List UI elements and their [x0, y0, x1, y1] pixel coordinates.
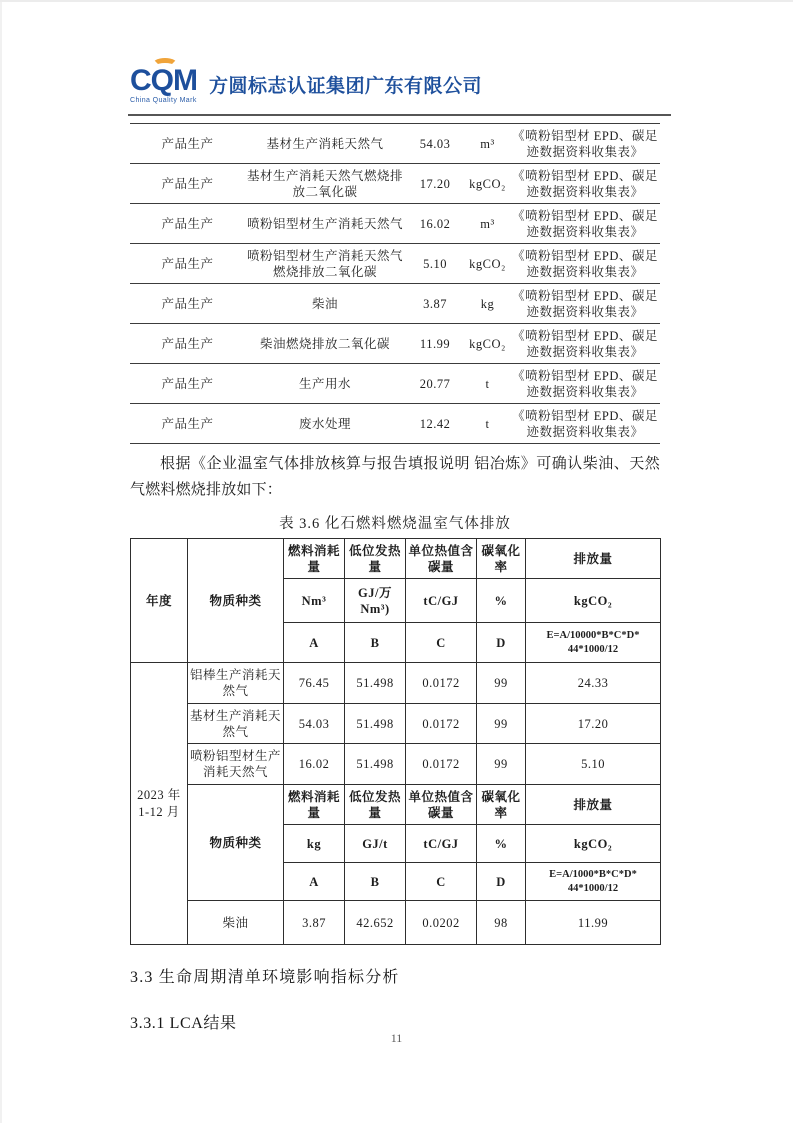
table-row: 柴油 3.87 42.652 0.0202 98 11.99	[131, 901, 661, 945]
source-cell: 《喷粉铝型材 EPD、碳足迹数据资料收集表》	[510, 404, 660, 444]
substance-header-cell: 物质种类	[188, 539, 284, 663]
substance-cell: 柴油	[188, 901, 284, 945]
source-cell: 《喷粉铝型材 EPD、碳足迹数据资料收集表》	[510, 324, 660, 364]
unit-cell: kgCO₂	[526, 579, 661, 623]
data-cell: 99	[477, 704, 526, 744]
value-cell: 54.03	[405, 124, 465, 164]
table-row: 基材生产消耗天然气 54.03 51.498 0.0172 99 17.20	[131, 704, 661, 744]
header-cell: 碳氧化率	[477, 785, 526, 825]
coef-cell: B	[345, 623, 406, 663]
item-cell: 基材生产消耗天然气燃烧排放二氧化碳	[245, 164, 405, 204]
page-content: CQM China Quality Mark 方圆标志认证集团广东有限公司 产品…	[0, 0, 793, 1033]
stage-cell: 产品生产	[130, 324, 245, 364]
substance-cell: 基材生产消耗天然气	[188, 704, 284, 744]
data-cell: 0.0172	[406, 704, 477, 744]
value-cell: 16.02	[405, 204, 465, 244]
section-heading-3-3-1: 3.3.1 LCA结果	[130, 1010, 663, 1033]
year-header-cell: 年度	[131, 539, 188, 663]
source-cell: 《喷粉铝型材 EPD、碳足迹数据资料收集表》	[510, 204, 660, 244]
coef-cell: C	[406, 863, 477, 901]
data-cell: 16.02	[284, 744, 345, 785]
unit-cell: %	[477, 579, 526, 623]
coef-cell: A	[284, 623, 345, 663]
header-cell: 碳氧化率	[477, 539, 526, 579]
item-cell: 生产用水	[245, 364, 405, 404]
unit-cell: GJ/t	[345, 825, 406, 863]
data-cell: 3.87	[284, 901, 345, 945]
unit-cell: t	[465, 364, 510, 404]
item-cell: 基材生产消耗天然气	[245, 124, 405, 164]
unit-cell: kg	[465, 284, 510, 324]
table-caption: 表 3.6 化石燃料燃烧温室气体排放	[130, 512, 660, 533]
source-cell: 《喷粉铝型材 EPD、碳足迹数据资料收集表》	[510, 124, 660, 164]
logo-subtext: China Quality Mark	[130, 97, 197, 104]
document-page: CQM China Quality Mark 方圆标志认证集团广东有限公司 产品…	[0, 0, 793, 1123]
unit-cell: kgCO₂	[465, 244, 510, 284]
table-row: 产品生产喷粉铝型材生产消耗天然气16.02m³《喷粉铝型材 EPD、碳足迹数据资…	[130, 204, 660, 244]
table-row: 2023 年 1-12 月 铝棒生产消耗天然气 76.45 51.498 0.0…	[131, 663, 661, 704]
value-cell: 5.10	[405, 244, 465, 284]
page-number: 11	[0, 1031, 793, 1046]
unit-cell: GJ/万 Nm³)	[345, 579, 406, 623]
data-cell: 76.45	[284, 663, 345, 704]
stage-cell: 产品生产	[130, 284, 245, 324]
data-cell: 0.0172	[406, 744, 477, 785]
data-cell: 24.33	[526, 663, 661, 704]
header-cell: 燃料消耗量	[284, 539, 345, 579]
stage-cell: 产品生产	[130, 124, 245, 164]
data-cell: 99	[477, 744, 526, 785]
table-row: 年度 物质种类 燃料消耗量 低位发热量 单位热值含碳量 碳氧化率 排放量	[131, 539, 661, 579]
value-cell: 17.20	[405, 164, 465, 204]
inventory-table-body: 产品生产基材生产消耗天然气54.03m³《喷粉铝型材 EPD、碳足迹数据资料收集…	[130, 124, 660, 444]
header-cell: 单位热值含碳量	[406, 539, 477, 579]
cqm-logo: CQM China Quality Mark	[130, 66, 197, 104]
substance-cell: 铝棒生产消耗天然气	[188, 663, 284, 704]
table-row: 产品生产基材生产消耗天然气燃烧排放二氧化碳17.20kgCO₂《喷粉铝型材 EP…	[130, 164, 660, 204]
unit-cell: kgCO₂	[465, 164, 510, 204]
data-cell: 0.0202	[406, 901, 477, 945]
value-cell: 11.99	[405, 324, 465, 364]
data-cell: 54.03	[284, 704, 345, 744]
coef-cell: A	[284, 863, 345, 901]
stage-cell: 产品生产	[130, 244, 245, 284]
unit-cell: kgCO₂	[526, 825, 661, 863]
unit-cell: m³	[465, 204, 510, 244]
inventory-table: 产品生产基材生产消耗天然气54.03m³《喷粉铝型材 EPD、碳足迹数据资料收集…	[130, 123, 660, 444]
value-cell: 12.42	[405, 404, 465, 444]
unit-cell: Nm³	[284, 579, 345, 623]
data-cell: 11.99	[526, 901, 661, 945]
coef-cell: B	[345, 863, 406, 901]
item-cell: 废水处理	[245, 404, 405, 444]
substance-header-cell: 物质种类	[188, 785, 284, 901]
item-cell: 喷粉铝型材生产消耗天然气燃烧排放二氧化碳	[245, 244, 405, 284]
data-cell: 98	[477, 901, 526, 945]
coef-cell: D	[477, 623, 526, 663]
source-cell: 《喷粉铝型材 EPD、碳足迹数据资料收集表》	[510, 364, 660, 404]
header-cell: 单位热值含碳量	[406, 785, 477, 825]
data-cell: 17.20	[526, 704, 661, 744]
year-line: 1-12 月	[133, 804, 185, 821]
data-cell: 99	[477, 663, 526, 704]
table-row: 物质种类 燃料消耗量 低位发热量 单位热值含碳量 碳氧化率 排放量	[131, 785, 661, 825]
table-row: 产品生产生产用水20.77t《喷粉铝型材 EPD、碳足迹数据资料收集表》	[130, 364, 660, 404]
body-paragraph: 根据《企业温室气体排放核算与报告填报说明 铝冶炼》可确认柴油、天然气燃料燃烧排放…	[130, 451, 660, 503]
unit-cell: tC/GJ	[406, 825, 477, 863]
fossil-fuel-emissions-table: 年度 物质种类 燃料消耗量 低位发热量 单位热值含碳量 碳氧化率 排放量 Nm³…	[130, 538, 661, 945]
unit-cell: m³	[465, 124, 510, 164]
formula-cell: E=A/1000*B*C*D* 44*1000/12	[526, 863, 661, 901]
unit-cell: tC/GJ	[406, 579, 477, 623]
source-cell: 《喷粉铝型材 EPD、碳足迹数据资料收集表》	[510, 164, 660, 204]
stage-cell: 产品生产	[130, 204, 245, 244]
unit-cell: %	[477, 825, 526, 863]
data-cell: 0.0172	[406, 663, 477, 704]
page-header: CQM China Quality Mark 方圆标志认证集团广东有限公司	[130, 66, 663, 108]
header-cell: 低位发热量	[345, 539, 406, 579]
header-cell: 排放量	[526, 785, 661, 825]
unit-cell: kg	[284, 825, 345, 863]
table-row: 喷粉铝型材生产消耗天然气 16.02 51.498 0.0172 99 5.10	[131, 744, 661, 785]
unit-cell: t	[465, 404, 510, 444]
year-line: 2023 年	[133, 787, 185, 804]
source-cell: 《喷粉铝型材 EPD、碳足迹数据资料收集表》	[510, 244, 660, 284]
section-heading-3-3: 3.3 生命周期清单环境影响指标分析	[130, 964, 663, 987]
stage-cell: 产品生产	[130, 164, 245, 204]
table-row: 产品生产废水处理12.42t《喷粉铝型材 EPD、碳足迹数据资料收集表》	[130, 404, 660, 444]
header-divider	[128, 114, 671, 116]
data-cell: 5.10	[526, 744, 661, 785]
coef-cell: C	[406, 623, 477, 663]
data-cell: 51.498	[345, 663, 406, 704]
item-cell: 柴油	[245, 284, 405, 324]
value-cell: 3.87	[405, 284, 465, 324]
company-name: 方圆标志认证集团广东有限公司	[209, 71, 482, 98]
coef-cell: D	[477, 863, 526, 901]
data-cell: 42.652	[345, 901, 406, 945]
table-row: 产品生产基材生产消耗天然气54.03m³《喷粉铝型材 EPD、碳足迹数据资料收集…	[130, 124, 660, 164]
value-cell: 20.77	[405, 364, 465, 404]
logo-arc-icon	[152, 58, 178, 72]
unit-cell: kgCO₂	[465, 324, 510, 364]
header-cell: 低位发热量	[345, 785, 406, 825]
header-cell: 燃料消耗量	[284, 785, 345, 825]
formula-cell: E=A/10000*B*C*D* 44*1000/12	[526, 623, 661, 663]
stage-cell: 产品生产	[130, 404, 245, 444]
stage-cell: 产品生产	[130, 364, 245, 404]
year-value-cell: 2023 年 1-12 月	[131, 663, 188, 945]
header-cell: 排放量	[526, 539, 661, 579]
substance-cell: 喷粉铝型材生产消耗天然气	[188, 744, 284, 785]
table-row: 产品生产柴油燃烧排放二氧化碳11.99kgCO₂《喷粉铝型材 EPD、碳足迹数据…	[130, 324, 660, 364]
item-cell: 喷粉铝型材生产消耗天然气	[245, 204, 405, 244]
table-row: 产品生产柴油3.87kg《喷粉铝型材 EPD、碳足迹数据资料收集表》	[130, 284, 660, 324]
table-row: 产品生产喷粉铝型材生产消耗天然气燃烧排放二氧化碳5.10kgCO₂《喷粉铝型材 …	[130, 244, 660, 284]
item-cell: 柴油燃烧排放二氧化碳	[245, 324, 405, 364]
data-cell: 51.498	[345, 704, 406, 744]
source-cell: 《喷粉铝型材 EPD、碳足迹数据资料收集表》	[510, 284, 660, 324]
data-cell: 51.498	[345, 744, 406, 785]
